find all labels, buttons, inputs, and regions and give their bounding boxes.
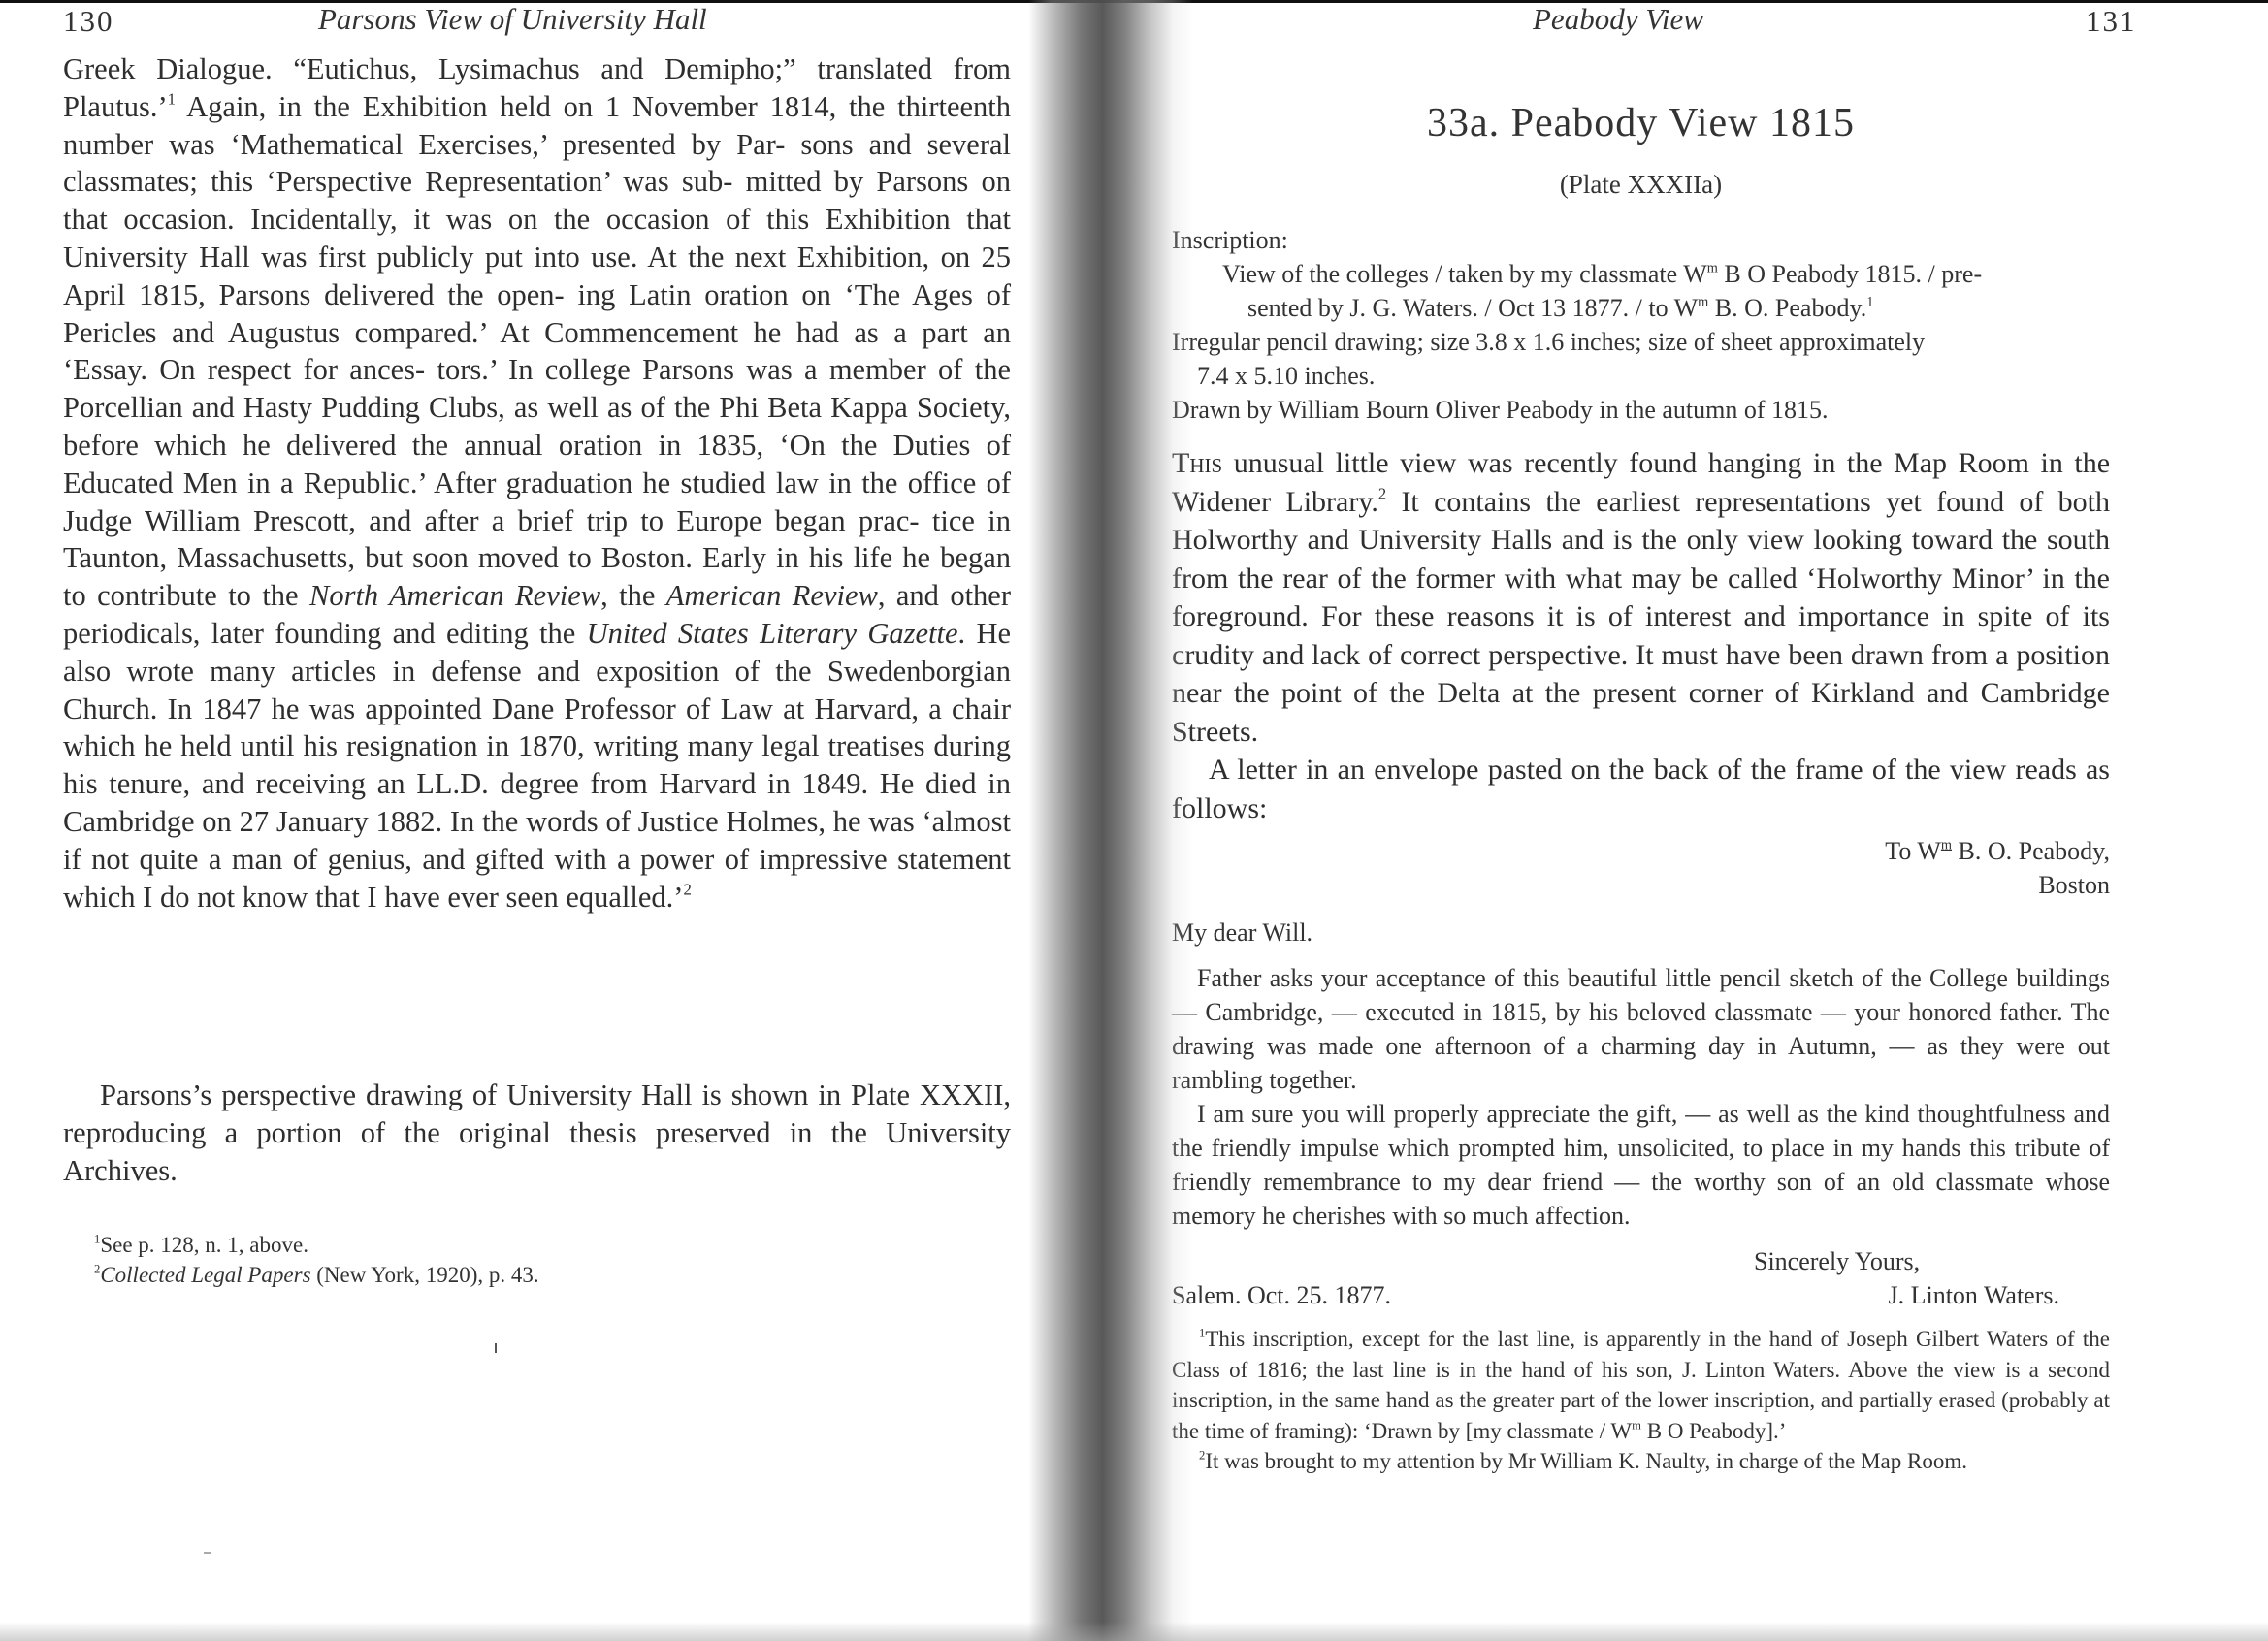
text-line: seen equalled.’ <box>506 881 684 914</box>
footnote-ref: 1 <box>168 89 176 108</box>
body-paragraph-1: Greek Dialogue. “Eutichus, Lysimachus an… <box>63 50 1011 916</box>
page-number: 130 <box>63 4 114 39</box>
footnote-text: See p. 128, n. 1, above. <box>100 1233 308 1257</box>
footnote-2: 2Collected Legal Papers (New York, 1920)… <box>94 1260 967 1290</box>
letter-salutation: My dear Will. <box>1172 916 2110 949</box>
italic-title: North American Review <box>309 579 600 612</box>
drawing-description: 7.4 x 5.10 inches. <box>1172 359 2110 393</box>
text-line: his tenure, and receiving an LL.D. degre… <box>63 767 914 800</box>
footnote-2: 2It was brought to my attention by Mr Wi… <box>1172 1446 2110 1477</box>
inscription-text: sented by J. G. Waters. / Oct 13 1877. /… <box>1172 291 2110 325</box>
paragraph: A letter in an envelope pasted on the ba… <box>1172 751 2110 827</box>
letter: To Wm B. O. Peabody, Boston My dear Will… <box>1172 834 2110 1312</box>
text-line: A letter in an envelope pasted on the ba… <box>1209 754 2006 786</box>
footnote-ref: 2 <box>1378 484 1386 502</box>
inscription-text: View of the colleges / taken by my class… <box>1172 257 2110 291</box>
text-line: Judge William Prescott, and after a brie… <box>63 504 920 537</box>
letter-signature: J. Linton Waters. <box>1888 1278 2110 1312</box>
letter-signoff: Salem. Oct. 25. 1877. J. Linton Waters. <box>1172 1278 2110 1312</box>
body-paragraph-2: Parsons’s perspective drawing of Univers… <box>63 1077 1011 1189</box>
drawn-by: Drawn by William Bourn Oliver Peabody in… <box>1172 393 2110 427</box>
text-line: B. O. Peabody, <box>1952 837 2110 865</box>
text-line: View of the colleges / taken by my class… <box>1222 260 1707 288</box>
left-page: 130 Parsons View of University Hall Gree… <box>63 0 1011 1641</box>
page-number: 131 <box>2086 4 2137 39</box>
paragraph: This unusual little view was recently fo… <box>1172 444 2110 751</box>
footnotes: 1This inscription, except for the last l… <box>1172 1324 2110 1477</box>
text-line: Greek Dialogue. “Eutichus, Lysimachus an… <box>63 52 932 85</box>
letter-place-date: Salem. Oct. 25. 1877. <box>1172 1278 1391 1312</box>
plate-reference: (Plate XXXIIa) <box>1172 170 2110 200</box>
inscription-label: Inscription: <box>1172 223 2110 257</box>
text-line: unusual little view was recently found h… <box>1222 447 2029 479</box>
letter-paragraph: I am sure you will properly appreciate t… <box>1172 1097 2110 1233</box>
body-paragraph-1: This unusual little view was recently fo… <box>1172 444 2110 827</box>
letter-address-city: Boston <box>1172 868 2110 902</box>
footnote-1: 1This inscription, except for the last l… <box>1172 1324 2110 1446</box>
italic-title: United States Literary Gazette <box>587 617 958 650</box>
section-title: 33a. Peabody View 1815 <box>1172 100 2110 146</box>
superscript: m <box>1707 260 1718 275</box>
running-head: Parsons View of University Hall <box>318 2 707 37</box>
footnote-ref: 2 <box>683 880 691 898</box>
text-line: Again, in the Exhibition held on 1 Novem… <box>186 90 836 123</box>
text-line: B O Peabody 1815. / pre- <box>1718 260 1982 288</box>
text-line: B. O. Peabody. <box>1708 294 1866 322</box>
text-line: To W <box>1885 837 1941 865</box>
footnote-ref: 1 <box>1866 294 1873 309</box>
footnotes: 1See p. 128, n. 1, above. 2Collected Leg… <box>94 1230 967 1290</box>
italic-title: Collected Legal Papers <box>100 1263 310 1287</box>
inscription-block: Inscription: View of the colleges / take… <box>1172 223 2110 427</box>
text-line: held until his resignation in 1870, writ… <box>180 729 1011 762</box>
superscript: m <box>1632 1418 1641 1432</box>
text-line: sented by J. G. Waters. / Oct 13 1877. /… <box>1247 294 1698 322</box>
superscript: m <box>1941 837 1952 853</box>
footnote-text: B O Peabody].’ <box>1641 1419 1786 1443</box>
scan-mark <box>495 1343 497 1353</box>
text-line: It contains the earliest representations… <box>1386 486 1922 518</box>
running-head: Peabody View <box>1533 2 1703 37</box>
book-gutter-shadow <box>1028 0 1193 1641</box>
letter-address: To Wm B. O. Peabody, <box>1172 834 2110 868</box>
letter-paragraph: Father asks your acceptance of this beau… <box>1172 961 2110 1097</box>
footnote-1: 1See p. 128, n. 1, above. <box>94 1230 967 1260</box>
paragraph: Parsons’s perspective drawing of Univers… <box>63 1077 1011 1189</box>
text-line: the <box>539 617 587 650</box>
paragraph: Greek Dialogue. “Eutichus, Lysimachus an… <box>63 50 1011 916</box>
scan-mark <box>204 1552 211 1554</box>
text-line: , the <box>600 579 655 612</box>
right-page: Peabody View 131 33a. Peabody View 1815 … <box>1172 0 2110 1641</box>
text-line: Men in a Republic.’ After graduation he … <box>183 467 1011 499</box>
footnote-text: (New York, 1920), p. 43. <box>311 1263 539 1287</box>
superscript: m <box>1698 294 1708 309</box>
drawing-description: Irregular pencil drawing; size 3.8 x 1.6… <box>1172 325 2110 359</box>
footnote-text: It was brought to my attention by Mr Wil… <box>1205 1449 1967 1473</box>
letter-closing: Sincerely Yours, <box>1172 1244 2110 1278</box>
italic-title: American Review <box>666 579 878 612</box>
scan-bottom-edge <box>0 1622 2268 1641</box>
text-line: Parsons’s perspective drawing of Univers… <box>100 1078 910 1111</box>
